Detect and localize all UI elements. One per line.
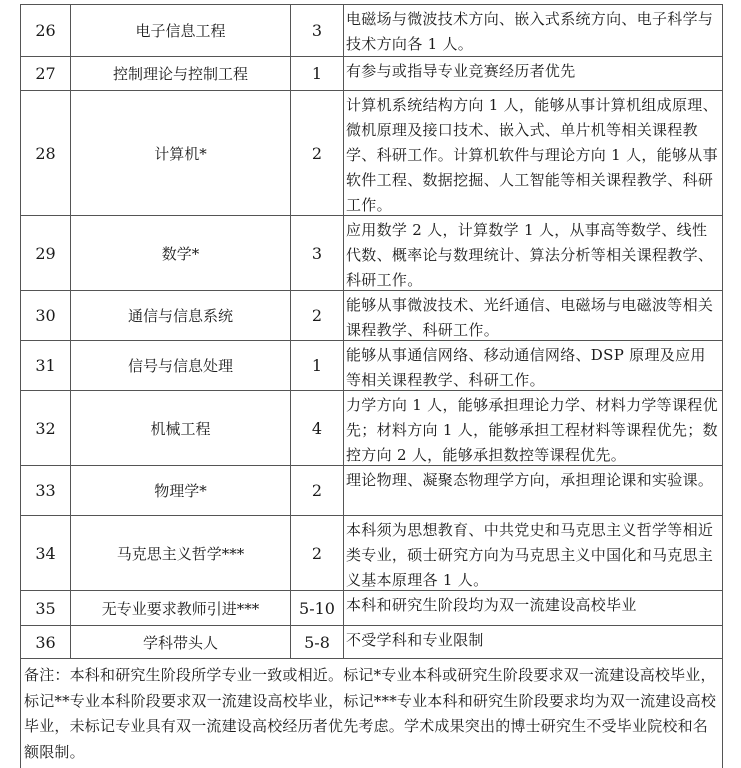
row-number: 27 bbox=[21, 57, 71, 90]
requirement-text: 有参与或指导专业竞赛经历者优先 bbox=[344, 57, 722, 90]
row-number: 29 bbox=[21, 216, 71, 290]
major-name: 计算机* bbox=[71, 91, 291, 215]
headcount: 2 bbox=[291, 466, 344, 515]
table-row: 31 信号与信息处理 1 能够从事通信网络、移动通信网络、DSP 原理及应用等相… bbox=[21, 341, 722, 391]
table-row: 35 无专业要求教师引进*** 5-10 本科和研究生阶段均为双一流建设高校毕业 bbox=[21, 591, 722, 626]
requirement-text: 理论物理、凝聚态物理学方向，承担理论课和实验课。 bbox=[344, 466, 722, 515]
row-number: 33 bbox=[21, 466, 71, 515]
table-row: 34 马克思主义哲学*** 2 本科须为思想教育、中共党史和马克思主义哲学等相近… bbox=[21, 516, 722, 591]
requirement-text: 应用数学 2 人，计算数学 1 人，从事高等数学、线性代数、概率论与数理统计、算… bbox=[344, 216, 722, 290]
major-name: 物理学* bbox=[71, 466, 291, 515]
table-row: 32 机械工程 4 力学方向 1 人，能够承担理论力学、材料力学等课程优先；材料… bbox=[21, 391, 722, 466]
headcount: 1 bbox=[291, 57, 344, 90]
table-row: 28 计算机* 2 计算机系统结构方向 1 人，能够从事计算机组成原理、微机原理… bbox=[21, 91, 722, 216]
headcount: 5-10 bbox=[291, 591, 344, 625]
table-row: 33 物理学* 2 理论物理、凝聚态物理学方向，承担理论课和实验课。 bbox=[21, 466, 722, 516]
major-name: 马克思主义哲学*** bbox=[71, 516, 291, 590]
headcount: 4 bbox=[291, 391, 344, 465]
table-row: 36 学科带头人 5-8 不受学科和专业限制 bbox=[21, 626, 722, 659]
headcount: 3 bbox=[291, 5, 344, 56]
requirement-text: 力学方向 1 人，能够承担理论力学、材料力学等课程优先；材料方向 1 人，能够承… bbox=[344, 391, 722, 465]
table-row: 27 控制理论与控制工程 1 有参与或指导专业竞赛经历者优先 bbox=[21, 57, 722, 91]
remarks-row: 备注：本科和研究生阶段所学专业一致或相近。标记*专业本科或研究生阶段要求双一流建… bbox=[21, 659, 722, 768]
headcount: 1 bbox=[291, 341, 344, 390]
row-number: 31 bbox=[21, 341, 71, 390]
remarks-text: 备注：本科和研究生阶段所学专业一致或相近。标记*专业本科或研究生阶段要求双一流建… bbox=[21, 659, 722, 768]
major-name: 无专业要求教师引进*** bbox=[71, 591, 291, 625]
major-name: 通信与信息系统 bbox=[71, 291, 291, 340]
table-row: 29 数学* 3 应用数学 2 人，计算数学 1 人，从事高等数学、线性代数、概… bbox=[21, 216, 722, 291]
major-name: 控制理论与控制工程 bbox=[71, 57, 291, 90]
row-number: 32 bbox=[21, 391, 71, 465]
requirement-text: 电磁场与微波技术方向、嵌入式系统方向、电子科学与技术方向各 1 人。 bbox=[344, 5, 722, 56]
table-row: 26 电子信息工程 3 电磁场与微波技术方向、嵌入式系统方向、电子科学与技术方向… bbox=[21, 5, 722, 57]
requirement-text: 计算机系统结构方向 1 人，能够从事计算机组成原理、微机原理及接口技术、嵌入式、… bbox=[344, 91, 722, 215]
headcount: 2 bbox=[291, 516, 344, 590]
major-name: 机械工程 bbox=[71, 391, 291, 465]
headcount: 2 bbox=[291, 291, 344, 340]
row-number: 36 bbox=[21, 626, 71, 658]
requirement-text: 本科和研究生阶段均为双一流建设高校毕业 bbox=[344, 591, 722, 625]
major-name: 电子信息工程 bbox=[71, 5, 291, 56]
row-number: 34 bbox=[21, 516, 71, 590]
major-name: 数学* bbox=[71, 216, 291, 290]
major-name: 学科带头人 bbox=[71, 626, 291, 658]
row-number: 30 bbox=[21, 291, 71, 340]
headcount: 3 bbox=[291, 216, 344, 290]
row-number: 28 bbox=[21, 91, 71, 215]
requirement-text: 本科须为思想教育、中共党史和马克思主义哲学等相近类专业，硕士研究方向为马克思主义… bbox=[344, 516, 722, 590]
recruitment-table: 26 电子信息工程 3 电磁场与微波技术方向、嵌入式系统方向、电子科学与技术方向… bbox=[20, 4, 723, 768]
requirement-text: 不受学科和专业限制 bbox=[344, 626, 722, 658]
row-number: 26 bbox=[21, 5, 71, 56]
table-row: 30 通信与信息系统 2 能够从事微波技术、光纤通信、电磁场与电磁波等相关课程教… bbox=[21, 291, 722, 341]
headcount: 2 bbox=[291, 91, 344, 215]
major-name: 信号与信息处理 bbox=[71, 341, 291, 390]
headcount: 5-8 bbox=[291, 626, 344, 658]
requirement-text: 能够从事通信网络、移动通信网络、DSP 原理及应用等相关课程教学、科研工作。 bbox=[344, 341, 722, 390]
requirement-text: 能够从事微波技术、光纤通信、电磁场与电磁波等相关课程教学、科研工作。 bbox=[344, 291, 722, 340]
row-number: 35 bbox=[21, 591, 71, 625]
